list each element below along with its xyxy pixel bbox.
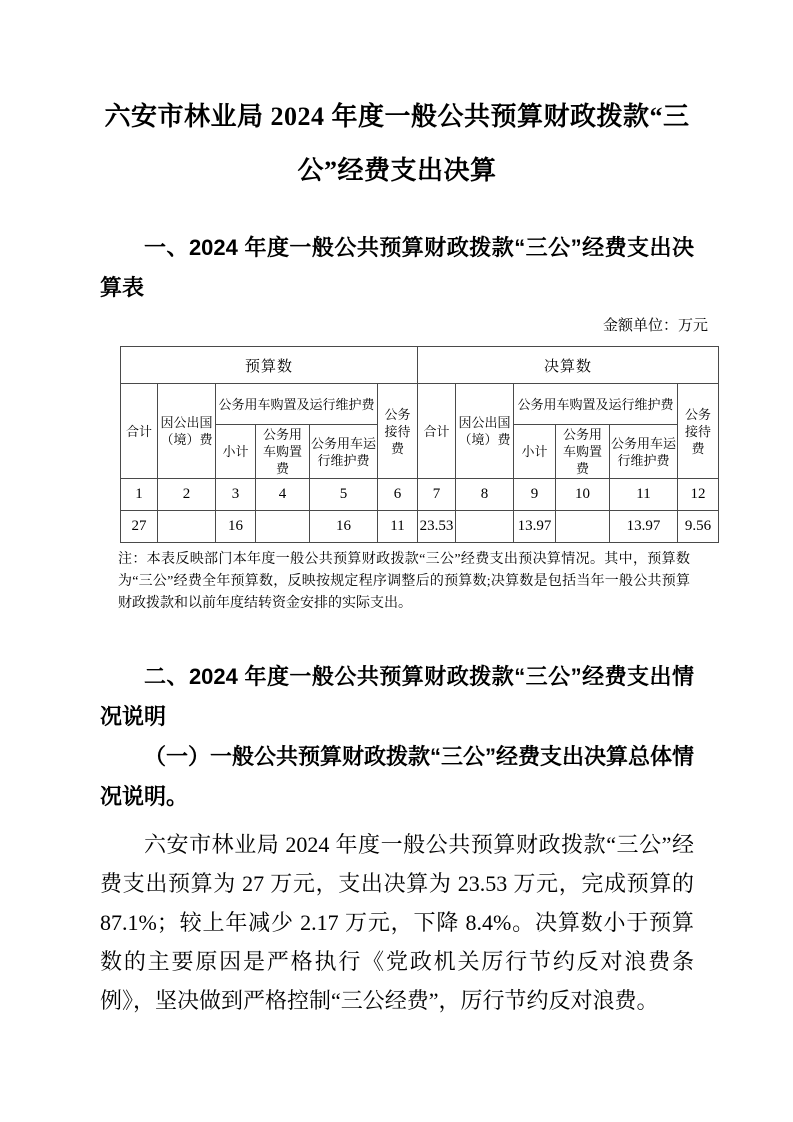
column-number-9: 9 bbox=[514, 479, 556, 511]
value-final-vehicle-maintenance: 13.97 bbox=[610, 511, 678, 543]
budget-abroad-header: 因公出国（境）费 bbox=[158, 384, 216, 479]
column-number-11: 11 bbox=[610, 479, 678, 511]
value-budget-vehicle-subtotal: 16 bbox=[216, 511, 256, 543]
value-budget-vehicle-purchase bbox=[256, 511, 310, 543]
column-number-7: 7 bbox=[418, 479, 456, 511]
page-content: 六安市林业局 2024 年度一般公共预算财政拨款“三公”经费支出决算 一、202… bbox=[100, 0, 694, 1020]
three-public-funds-table: 预算数 决算数 合计 因公出国（境）费 公务用车购置及运行维护费 公务接待费 合… bbox=[120, 346, 719, 543]
section2-subheading: （一）一般公共预算财政拨款“三公”经费支出决算总体情况说明。 bbox=[100, 737, 694, 817]
document-page: 六安市林业局 2024 年度一般公共预算财政拨款“三公”经费支出决算 一、202… bbox=[0, 0, 793, 1122]
summary-paragraph: 六安市林业局 2024 年度一般公共预算财政拨款“三公”经费支出预算为 27 万… bbox=[100, 825, 694, 1020]
budget-vehicle-maintenance-header: 公务用车运行维护费 bbox=[310, 425, 378, 479]
final-vehicle-group-header: 公务用车购置及运行维护费 bbox=[514, 384, 678, 425]
table-header-row: 合计 因公出国（境）费 公务用车购置及运行维护费 公务接待费 合计 因公出国（境… bbox=[121, 384, 719, 425]
value-row: 27 16 16 11 23.53 13.97 13.97 9.56 bbox=[121, 511, 719, 543]
final-vehicle-purchase-header: 公务用车购置费 bbox=[556, 425, 610, 479]
column-number-1: 1 bbox=[121, 479, 158, 511]
final-total-header: 合计 bbox=[418, 384, 456, 479]
budget-vehicle-purchase-header: 公务用车购置费 bbox=[256, 425, 310, 479]
final-vehicle-subtotal-header: 小计 bbox=[514, 425, 556, 479]
column-number-12: 12 bbox=[678, 479, 719, 511]
section1-heading: 一、2024 年度一般公共预算财政拨款“三公”经费支出决算表 bbox=[100, 228, 694, 308]
final-group-header: 决算数 bbox=[418, 347, 719, 384]
amount-unit-label: 金额单位：万元 bbox=[100, 314, 708, 338]
column-number-10: 10 bbox=[556, 479, 610, 511]
table-group-header-row: 预算数 决算数 bbox=[121, 347, 719, 384]
budget-reception-header: 公务接待费 bbox=[378, 384, 418, 479]
value-final-total: 23.53 bbox=[418, 511, 456, 543]
budget-group-header: 预算数 bbox=[121, 347, 418, 384]
table-note: 注：本表反映部门本年度一般公共预算财政拨款“三公”经费支出预决算情况。其中，预算… bbox=[118, 549, 690, 615]
value-budget-reception: 11 bbox=[378, 511, 418, 543]
budget-total-header: 合计 bbox=[121, 384, 158, 479]
column-number-2: 2 bbox=[158, 479, 216, 511]
column-number-8: 8 bbox=[456, 479, 514, 511]
final-abroad-header: 因公出国（境）费 bbox=[456, 384, 514, 479]
column-number-4: 4 bbox=[256, 479, 310, 511]
value-final-vehicle-subtotal: 13.97 bbox=[514, 511, 556, 543]
section2-heading: 二、2024 年度一般公共预算财政拨款“三公”经费支出情况说明 bbox=[100, 657, 694, 737]
value-budget-vehicle-maintenance: 16 bbox=[310, 511, 378, 543]
value-budget-abroad bbox=[158, 511, 216, 543]
final-reception-header: 公务接待费 bbox=[678, 384, 719, 479]
final-vehicle-maintenance-header: 公务用车运行维护费 bbox=[610, 425, 678, 479]
column-number-row: 1 2 3 4 5 6 7 8 9 10 11 12 bbox=[121, 479, 719, 511]
value-budget-total: 27 bbox=[121, 511, 158, 543]
document-title: 六安市林业局 2024 年度一般公共预算财政拨款“三公”经费支出决算 bbox=[100, 90, 694, 198]
column-number-5: 5 bbox=[310, 479, 378, 511]
value-final-vehicle-purchase bbox=[556, 511, 610, 543]
column-number-3: 3 bbox=[216, 479, 256, 511]
value-final-reception: 9.56 bbox=[678, 511, 719, 543]
budget-vehicle-subtotal-header: 小计 bbox=[216, 425, 256, 479]
value-final-abroad bbox=[456, 511, 514, 543]
budget-vehicle-group-header: 公务用车购置及运行维护费 bbox=[216, 384, 378, 425]
column-number-6: 6 bbox=[378, 479, 418, 511]
